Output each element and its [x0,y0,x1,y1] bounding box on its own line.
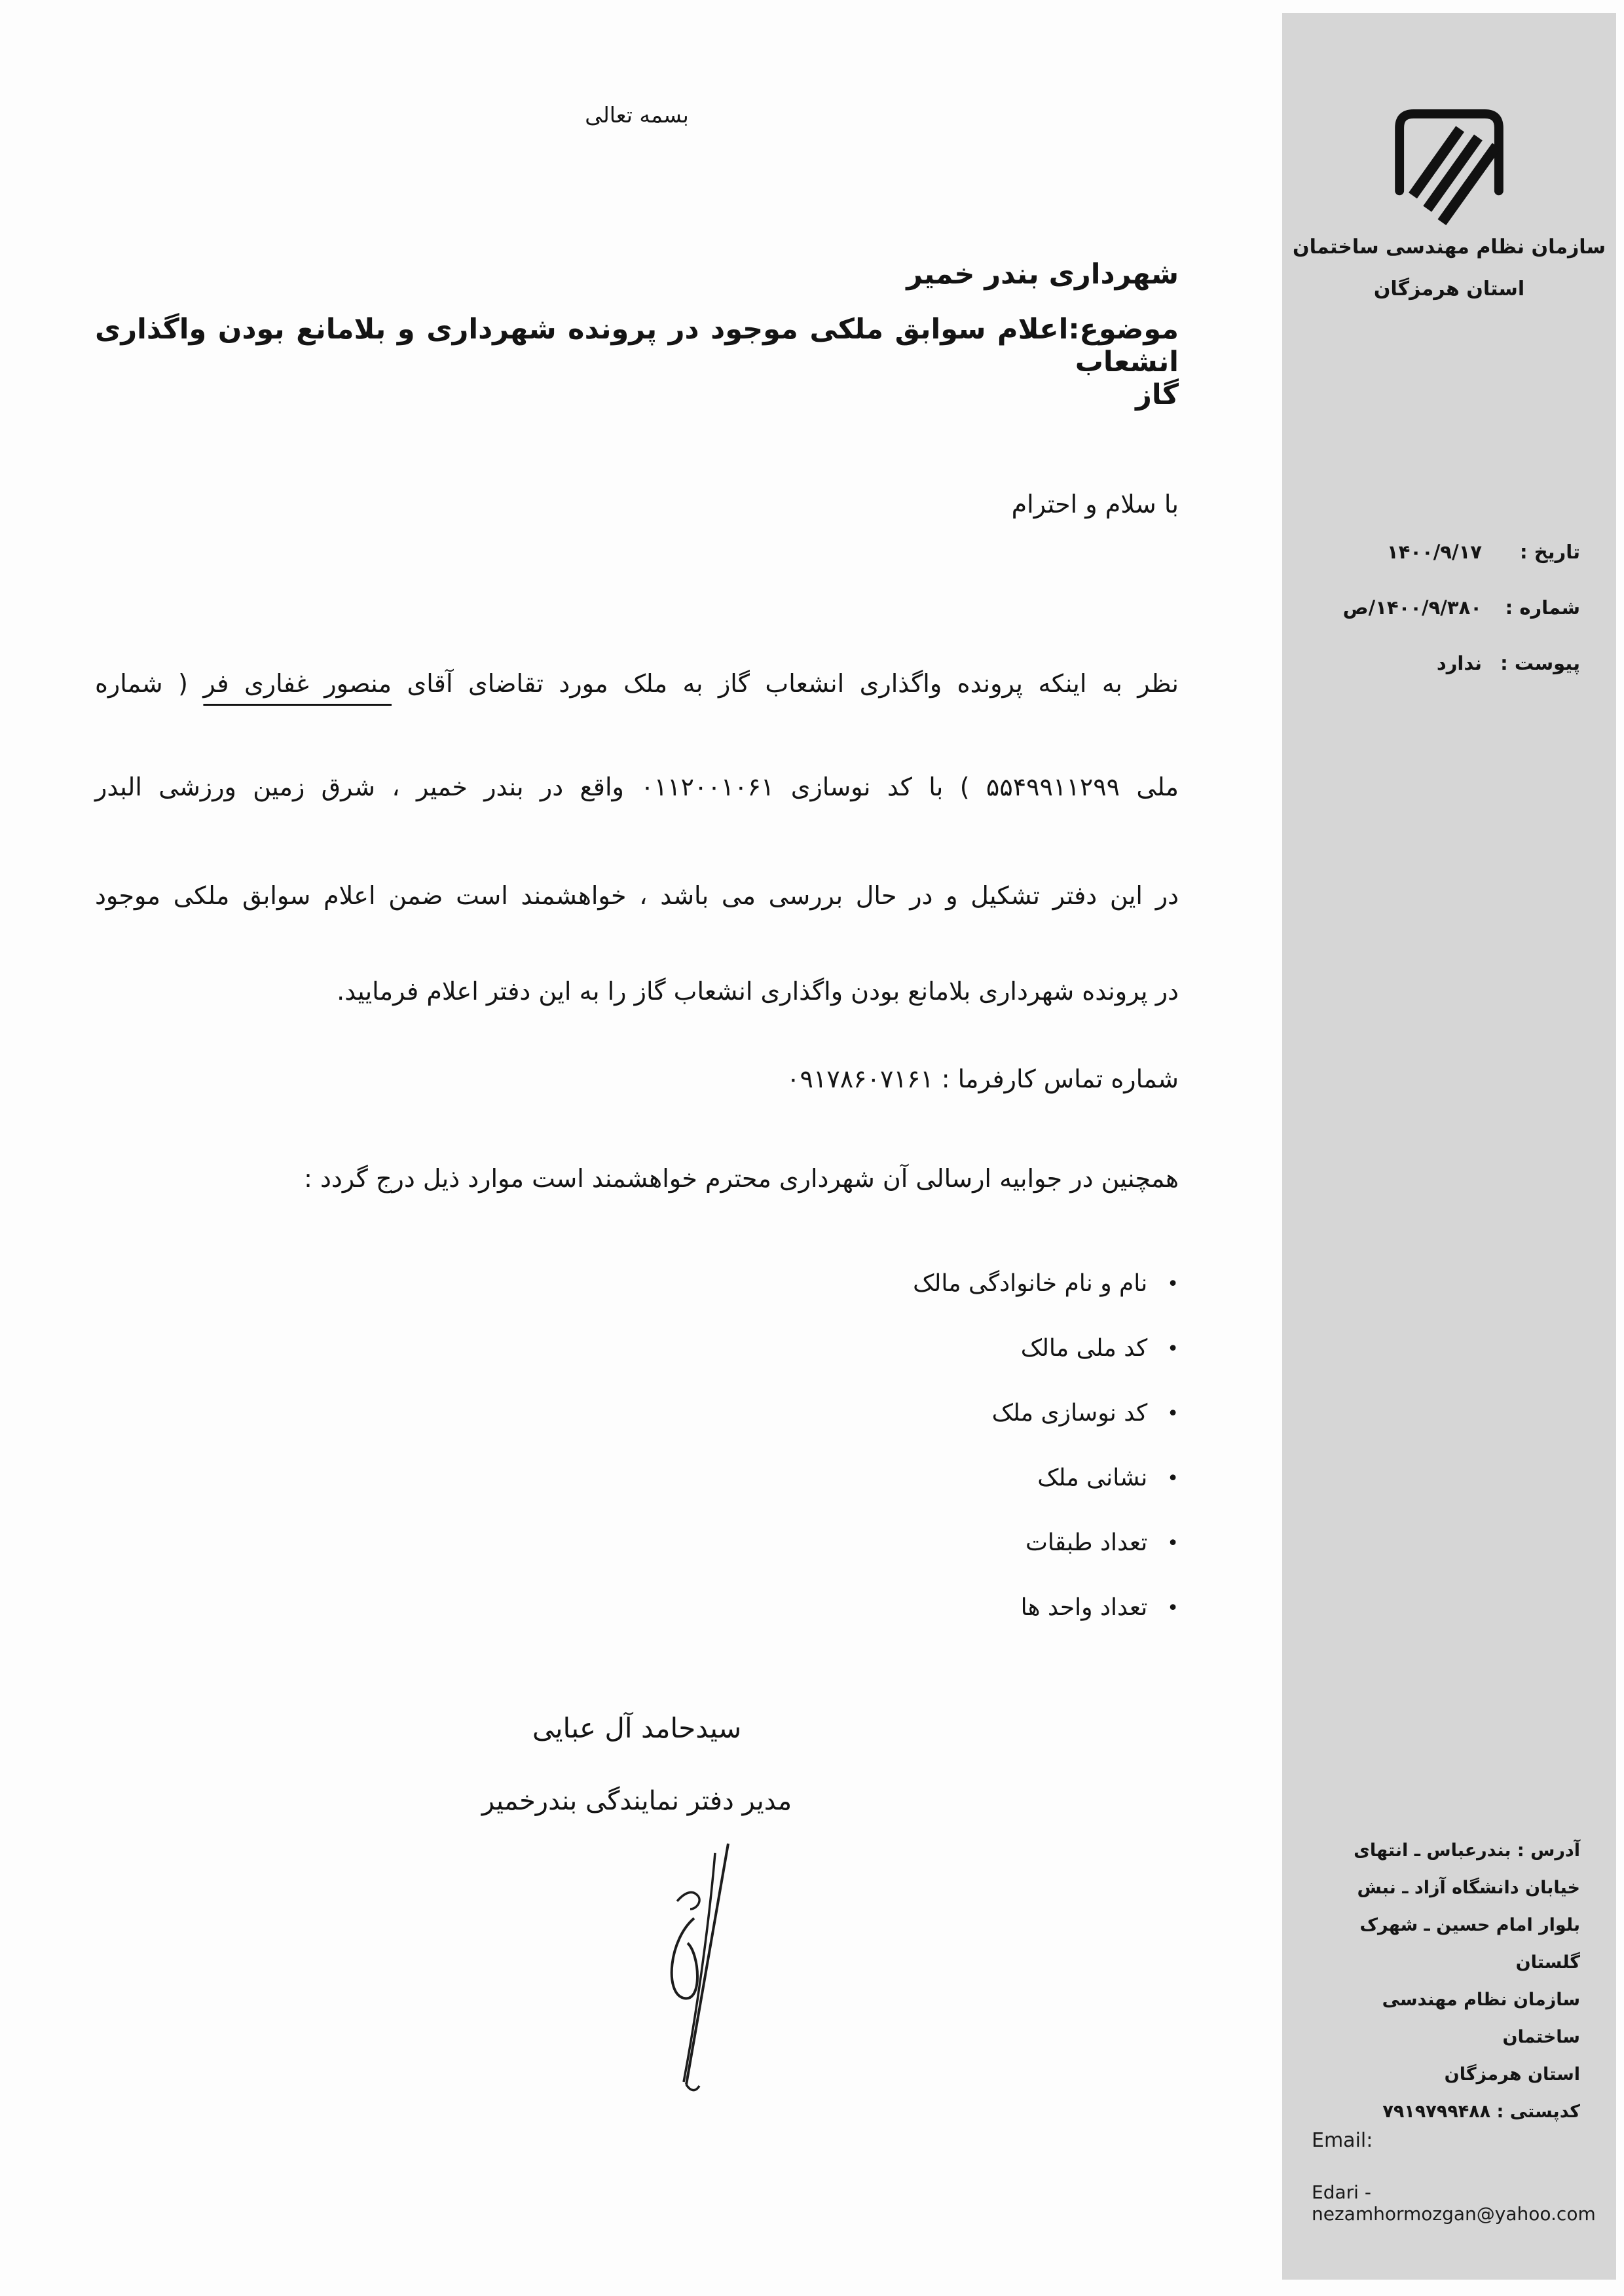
meta-row-date: تاریخ : ۱۴۰۰/۹/۱۷ [1282,524,1616,579]
list-item-text: نشانی ملک [1037,1465,1147,1491]
signature-block: سیدحامد آل عبایی مدیر دفتر نمایندگی بندر… [95,1712,1179,1816]
letter-content: بسمه تعالی شهرداری بندر خمیر موضوع:اعلام… [95,0,1179,2296]
letterhead-sidebar: سازمان نظام مهندسی ساختمان استان هرمزگان… [1282,13,1616,2280]
email-address: Edari - nezamhormozgan@yahoo.com [1312,2181,1616,2225]
meta-row-attachment: پیوست : ندارد [1282,635,1616,691]
organization-name: سازمان نظام مهندسی ساختمان [1282,236,1616,259]
list-item: •کد ملی مالک [95,1317,1179,1381]
bullet-icon: • [1167,1338,1179,1360]
subject-line-2: گاز [95,378,1179,411]
address-line: استان هرمزگان [1305,2056,1580,2093]
bullet-icon: • [1167,1597,1179,1620]
greeting-line: با سلام و احترام [95,490,1179,519]
list-item-text: تعداد طبقات [1025,1529,1147,1556]
scanned-letter-page: سازمان نظام مهندسی ساختمان استان هرمزگان… [0,0,1624,2296]
address-line: آدرس : بندرعباس ـ انتهای [1305,1832,1580,1869]
list-item-text: کد نوسازی ملک [992,1400,1148,1427]
attachment-label: پیوست : [1482,652,1580,674]
bullet-icon: • [1167,1273,1179,1296]
address-line: گلستان [1305,1944,1580,1981]
number-value: ۱۴۰۰/۹/۳۸۰/ص [1302,596,1482,619]
bullet-icon: • [1167,1402,1179,1425]
body-line-1-pre: نظر به اینکه پرونده واگذاری انشعاب گاز ب… [392,669,1179,698]
list-item: •تعداد واحد ها [95,1576,1179,1641]
applicant-name-underlined: منصور غفاری فر [203,669,392,698]
recipient-line: شهرداری بندر خمیر [95,258,1179,291]
number-label: شماره : [1482,596,1580,619]
address-line: بلوار امام حسین ـ شهرک [1305,1906,1580,1944]
date-label: تاریخ : [1482,541,1580,563]
request-line: همچنین در جوابیه ارسالی آن شهرداری محترم… [95,1164,1179,1193]
body-line-2: ملی ۵۵۴۹۹۱۱۲۹۹ ) با کد نوسازی ۰۱۱۲۰۰۱۰۶۱… [95,773,1179,801]
email-label: Email: [1312,2129,1373,2152]
address-line: خیابان دانشگاه آزاد ـ نبش [1305,1869,1580,1906]
list-item: •تعداد طبقات [95,1511,1179,1576]
signature-icon [655,1841,753,2096]
list-item: •کد نوسازی ملک [95,1381,1179,1446]
list-item-text: کد ملی مالک [1021,1335,1148,1362]
attachment-value: ندارد [1302,652,1482,674]
list-item: •نام و نام خانوادگی مالک [95,1252,1179,1317]
list-item-text: نام و نام خانوادگی مالک [913,1270,1147,1297]
signer-name: سیدحامد آل عبایی [95,1712,1179,1744]
signer-title: مدیر دفتر نمایندگی بندرخمیر [95,1786,1179,1816]
date-value: ۱۴۰۰/۹/۱۷ [1302,541,1482,563]
required-items-list: •نام و نام خانوادگی مالک•کد ملی مالک•کد … [95,1252,1179,1641]
bullet-icon: • [1167,1467,1179,1490]
organization-logo-icon [1384,105,1515,226]
letter-meta-fields: تاریخ : ۱۴۰۰/۹/۱۷ شماره : ۱۴۰۰/۹/۳۸۰/ص پ… [1282,524,1616,691]
address-block: آدرس : بندرعباس ـ انتهایخیابان دانشگاه آ… [1305,1832,1580,2130]
body-line-1: نظر به اینکه پرونده واگذاری انشعاب گاز ب… [95,669,1179,698]
subject-line-1: موضوع:اعلام سوابق ملکی موجود در پرونده ش… [95,313,1179,378]
body-line-1-post: ( شماره [95,669,203,698]
address-line: سازمان نظام مهندسی ساختمان [1305,1981,1580,2056]
bullet-icon: • [1167,1532,1179,1555]
address-line: کدپستی : ۷۹۱۹۷۹۹۴۸۸ [1305,2093,1580,2130]
meta-row-number: شماره : ۱۴۰۰/۹/۳۸۰/ص [1282,579,1616,635]
organization-province: استان هرمزگان [1282,278,1616,301]
employer-phone-line: شماره تماس کارفرما : ۰۹۱۷۸۶۰۷۱۶۱ [95,1065,1179,1093]
bismillah-header: بسمه تعالی [95,102,1179,128]
list-item: •نشانی ملک [95,1446,1179,1511]
list-item-text: تعداد واحد ها [1021,1594,1148,1621]
body-line-3: در این دفتر تشکیل و در حال بررسی می باشد… [95,881,1179,910]
body-line-4: در پرونده شهرداری بلامانع بودن واگذاری ا… [95,977,1179,1006]
